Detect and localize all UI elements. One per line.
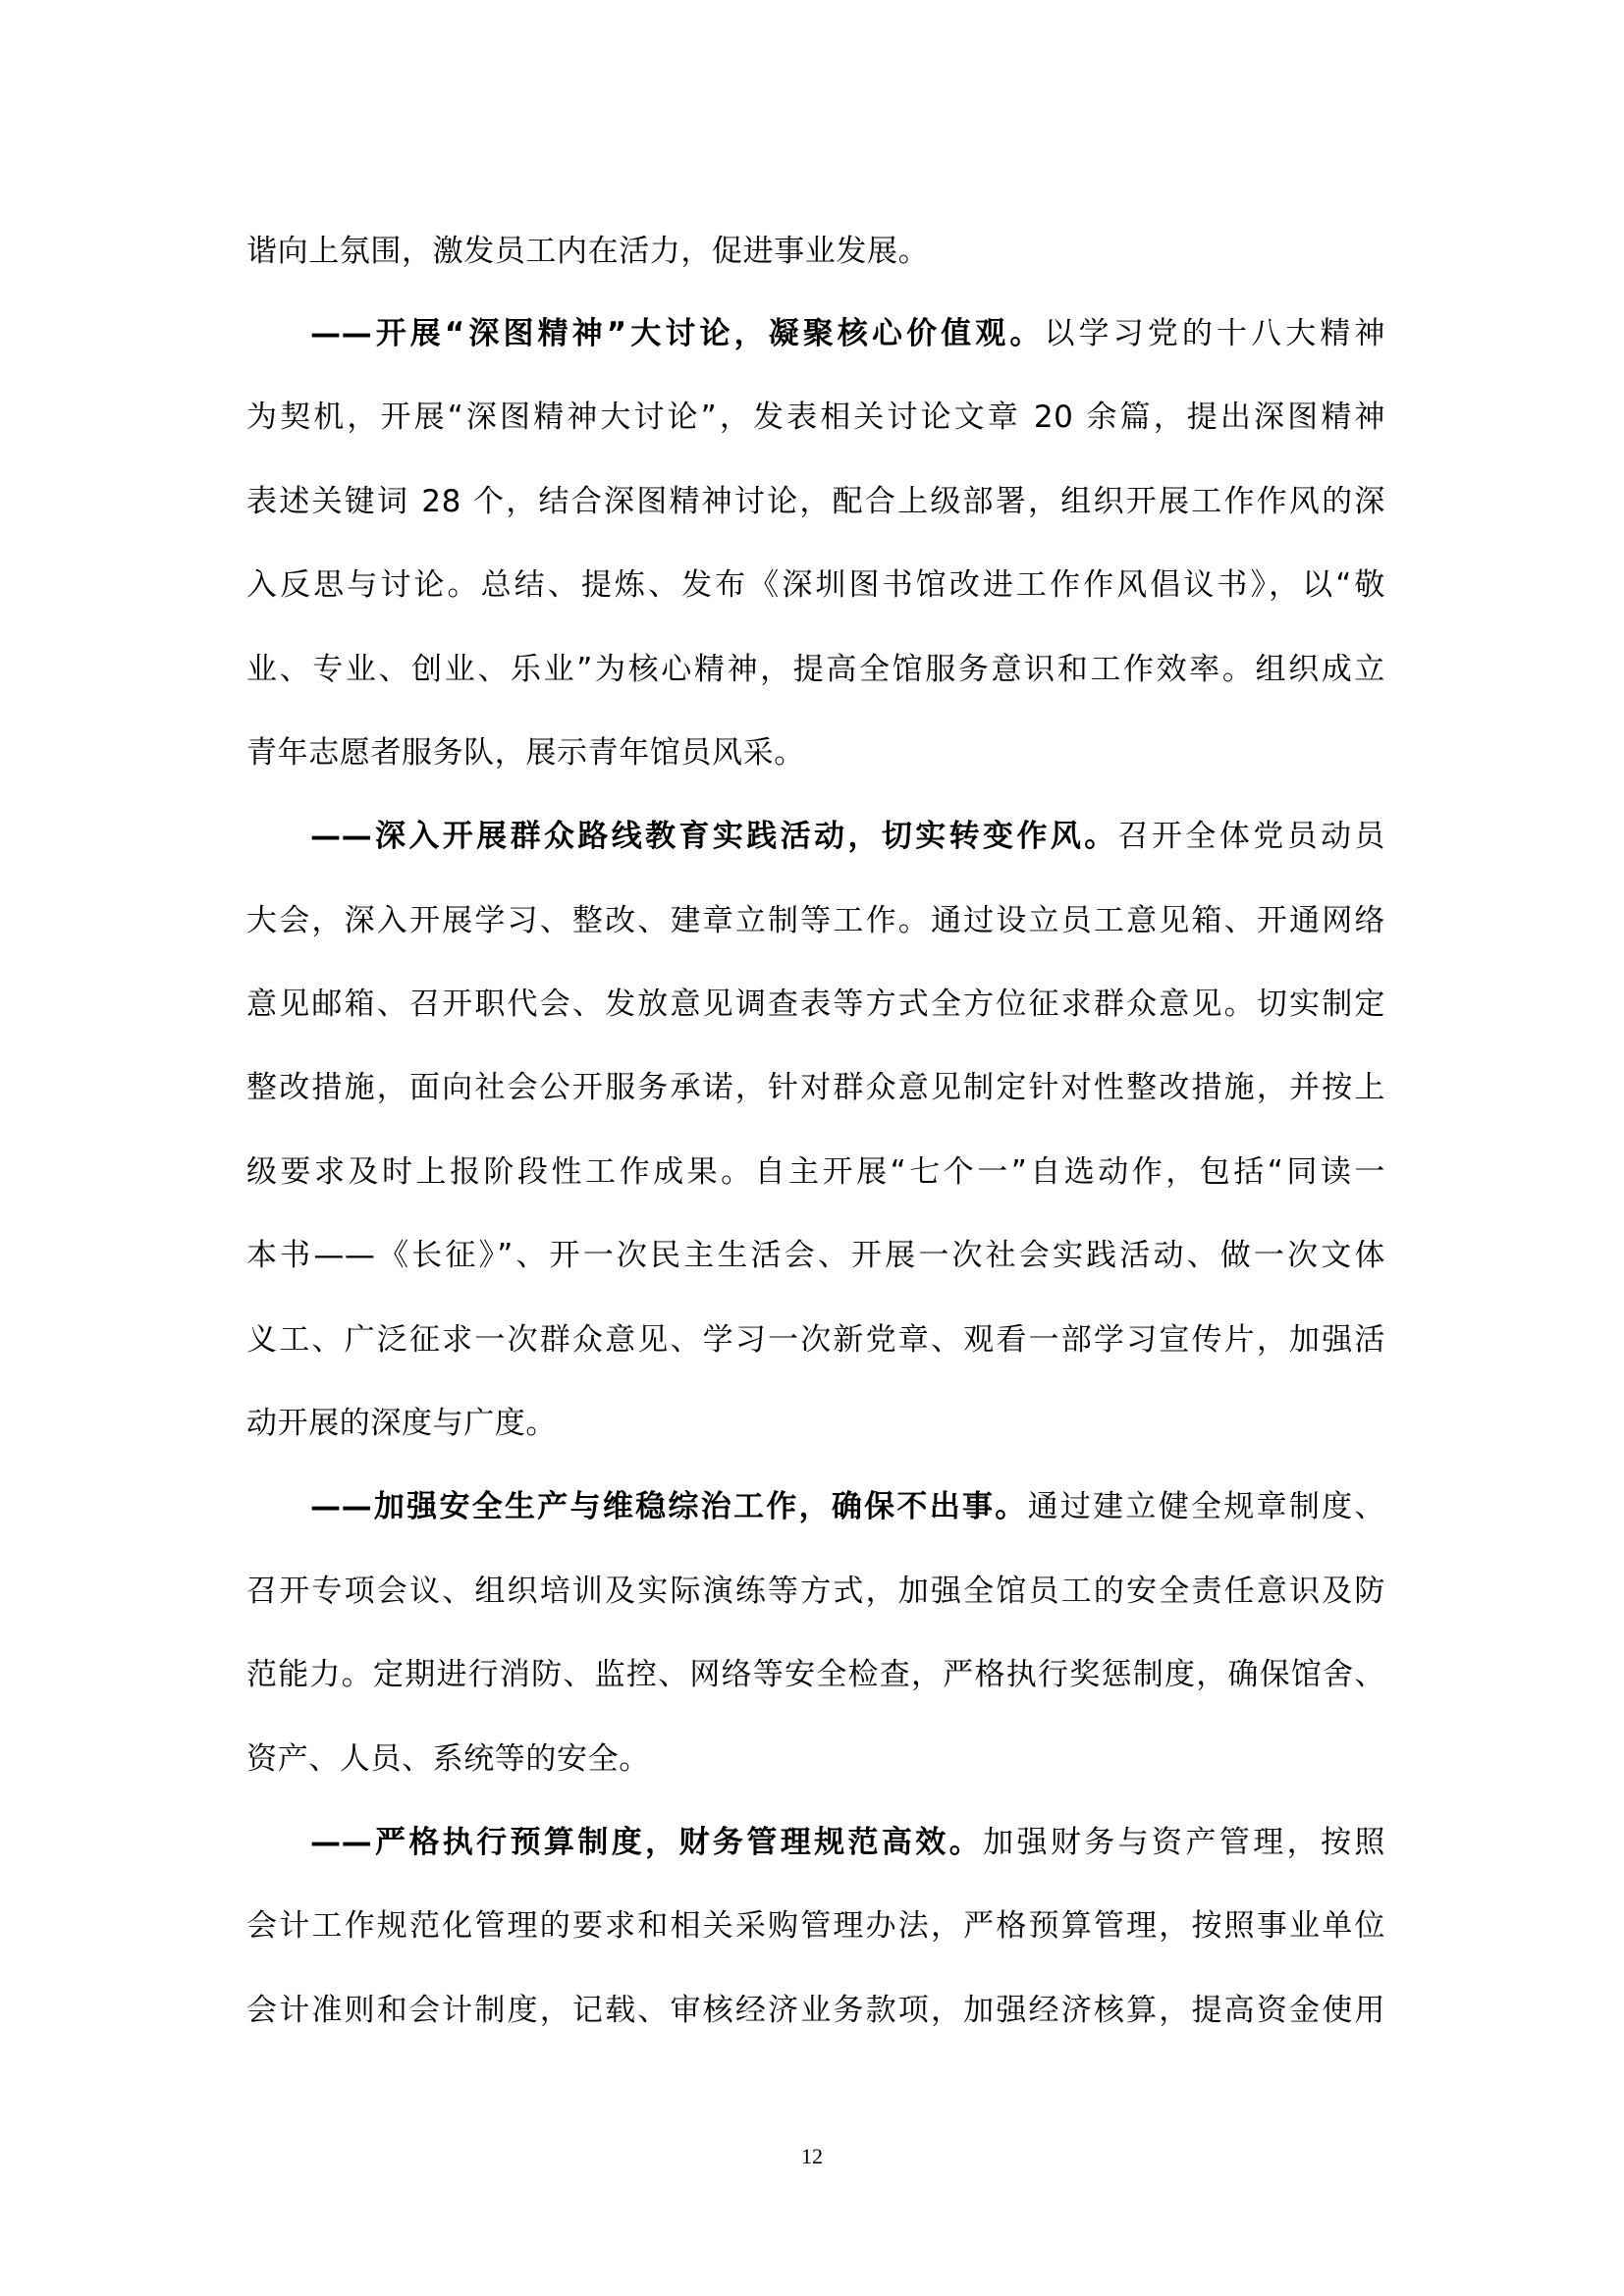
line-text: 入反思与讨论。总结、提炼、发布《深圳图书馆改进工作作风倡议书》，以“敬 <box>246 567 1385 603</box>
paragraph-line: 青年志愿者服务队，展示青年馆员风采。 <box>246 723 1385 782</box>
paragraph-line: 义工、广泛征求一次群众意见、学习一次新党章、观看一部学习宣传片，加强活 <box>246 1310 1385 1369</box>
line-text: 意见邮箱、召开职代会、发放意见调查表等方式全方位征求群众意见。切实制定 <box>246 987 1385 1022</box>
section-heading-line: ——加强安全生产与维稳综治工作，确保不出事。通过建立健全规章制度、 <box>310 1477 1385 1536</box>
section-heading-bold: ——开展“深图精神”大讨论，凝聚核心价值观。 <box>310 316 1044 351</box>
line-text: 表述关键词 28 个，结合深图精神讨论，配合上级部署，组织开展工作作风的深 <box>246 484 1385 519</box>
line-text: 谐向上氛围，激发员工内在活力，促进事业发展。 <box>246 234 929 269</box>
paragraph-line: 本书——《长征》”、开一次民主生活会、开展一次社会实践活动、做一次文体 <box>246 1226 1385 1285</box>
paragraph-line: 范能力。定期进行消防、监控、网络等安全检查，严格执行奖惩制度，确保馆舍、 <box>246 1645 1385 1704</box>
line-text: 召开专项会议、组织培训及实际演练等方式，加强全馆员工的安全责任意识及防 <box>246 1574 1385 1609</box>
paragraph-line: 召开专项会议、组织培训及实际演练等方式，加强全馆员工的安全责任意识及防 <box>246 1562 1385 1621</box>
page-number: 12 <box>0 2142 1624 2171</box>
section-heading-line: ——深入开展群众路线教育实践活动，切实转变作风。召开全体党员动员 <box>310 807 1385 866</box>
paragraph-line: 为契机，开展“深图精神大讨论”，发表相关讨论文章 20 余篇，提出深图精神 <box>246 388 1385 447</box>
section-heading-line: ——开展“深图精神”大讨论，凝聚核心价值观。以学习党的十八大精神 <box>310 304 1385 363</box>
paragraph-line: 谐向上氛围，激发员工内在活力，促进事业发展。 <box>246 222 1385 281</box>
line-text: 以学习党的十八大精神 <box>1044 316 1385 351</box>
line-text: 动开展的深度与广度。 <box>246 1406 557 1441</box>
line-text: 义工、广泛征求一次群众意见、学习一次新党章、观看一部学习宣传片，加强活 <box>246 1322 1385 1358</box>
paragraph-line: 整改措施，面向社会公开服务承诺，针对群众意见制定针对性整改措施，并按上 <box>246 1058 1385 1117</box>
paragraph-line: 入反思与讨论。总结、提炼、发布《深圳图书馆改进工作作风倡议书》，以“敬 <box>246 556 1385 614</box>
paragraph-line: 表述关键词 28 个，结合深图精神讨论，配合上级部署，组织开展工作作风的深 <box>246 472 1385 531</box>
paragraph-line: 动开展的深度与广度。 <box>246 1394 1385 1453</box>
line-text: 业、专业、创业、乐业”为核心精神，提高全馆服务意识和工作效率。组织成立 <box>246 652 1385 687</box>
line-text: 本书——《长征》”、开一次民主生活会、开展一次社会实践活动、做一次文体 <box>246 1238 1385 1273</box>
section-heading-bold: ——严格执行预算制度，财务管理规范高效。 <box>310 1825 983 1860</box>
paragraph-line: 会计准则和会计制度，记载、审核经济业务款项，加强经济核算，提高资金使用 <box>246 1981 1385 2040</box>
line-text: 召开全体党员动员 <box>1118 819 1385 854</box>
paragraph-line: 业、专业、创业、乐业”为核心精神，提高全馆服务意识和工作效率。组织成立 <box>246 640 1385 699</box>
line-text: 会计工作规范化管理的要求和相关采购管理办法，严格预算管理，按照事业单位 <box>246 1908 1385 1944</box>
line-text: 会计准则和会计制度，记载、审核经济业务款项，加强经济核算，提高资金使用 <box>246 1993 1385 2028</box>
line-text: 整改措施，面向社会公开服务承诺，针对群众意见制定针对性整改措施，并按上 <box>246 1070 1385 1105</box>
line-text: 范能力。定期进行消防、监控、网络等安全检查，严格执行奖惩制度，确保馆舍、 <box>246 1657 1385 1692</box>
line-text: 青年志愿者服务队，展示青年馆员风采。 <box>246 735 805 771</box>
line-text: 加强财务与资产管理，按照 <box>983 1825 1385 1860</box>
paragraph-line: 资产、人员、系统等的安全。 <box>246 1730 1385 1789</box>
line-text: 大会，深入开展学习、整改、建章立制等工作。通过设立员工意见箱、开通网络 <box>246 903 1385 938</box>
section-heading-bold: ——深入开展群众路线教育实践活动，切实转变作风。 <box>310 819 1118 854</box>
paragraph-line: 大会，深入开展学习、整改、建章立制等工作。通过设立员工意见箱、开通网络 <box>246 891 1385 950</box>
paragraph-line: 级要求及时上报阶段性工作成果。自主开展“七个一”自选动作，包括“同读一 <box>246 1143 1385 1201</box>
line-text: 资产、人员、系统等的安全。 <box>246 1741 650 1777</box>
line-text: 级要求及时上报阶段性工作成果。自主开展“七个一”自选动作，包括“同读一 <box>246 1154 1385 1190</box>
section-heading-line: ——严格执行预算制度，财务管理规范高效。加强财务与资产管理，按照 <box>310 1813 1385 1872</box>
line-text: 通过建立健全规章制度、 <box>1028 1489 1385 1524</box>
paragraph-line: 会计工作规范化管理的要求和相关采购管理办法，严格预算管理，按照事业单位 <box>246 1896 1385 1955</box>
paragraph-line: 意见邮箱、召开职代会、发放意见调查表等方式全方位征求群众意见。切实制定 <box>246 975 1385 1034</box>
section-heading-bold: ——加强安全生产与维稳综治工作，确保不出事。 <box>310 1489 1028 1524</box>
document-page: 谐向上氛围，激发员工内在活力，促进事业发展。 ——开展“深图精神”大讨论，凝聚核… <box>0 0 1624 2296</box>
line-text: 为契机，开展“深图精神大讨论”，发表相关讨论文章 20 余篇，提出深图精神 <box>246 400 1385 435</box>
